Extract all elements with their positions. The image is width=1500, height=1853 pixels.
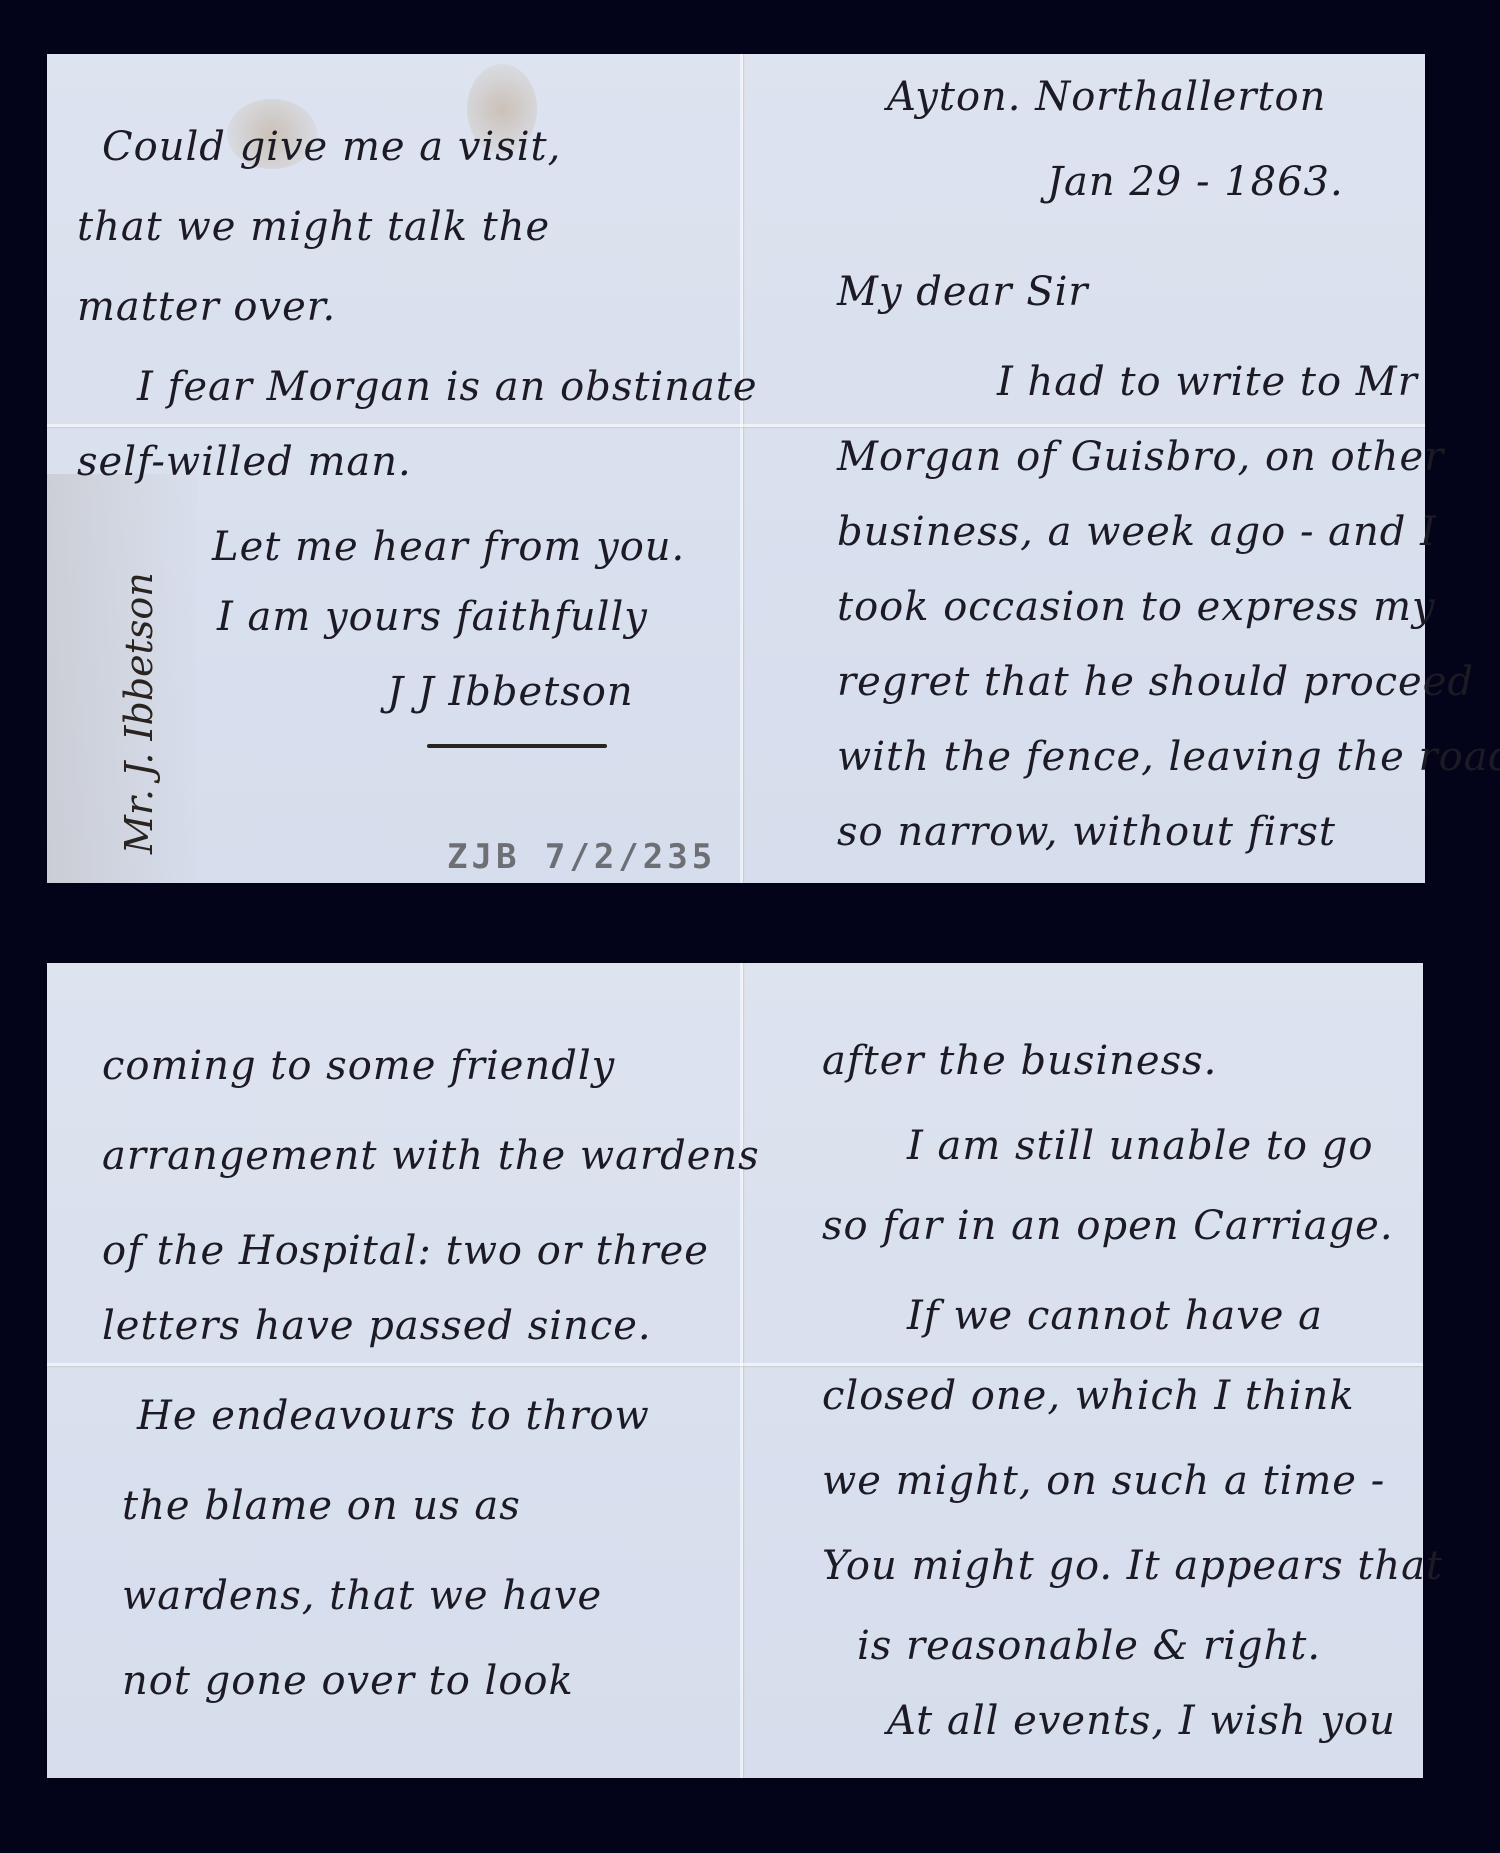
fold-crease-horizontal xyxy=(47,424,1425,427)
handwritten-line: If we cannot have a xyxy=(907,1293,1323,1339)
handwritten-line: that we might talk the xyxy=(77,204,550,250)
handwritten-line: so far in an open Carriage. xyxy=(822,1203,1394,1249)
handwritten-line: regret that he should proceed xyxy=(837,659,1474,705)
marginal-annotation: Mr. J. Ibbetson xyxy=(117,572,161,854)
fold-crease-vertical xyxy=(740,963,743,1778)
letter-address: Ayton. Northallerton xyxy=(887,74,1326,120)
archive-reference-stamp: ZJB 7/2/235 xyxy=(447,837,716,877)
handwritten-line: not gone over to look xyxy=(122,1658,574,1704)
signature: J J Ibbetson xyxy=(387,669,634,715)
letter-date: Jan 29 - 1863. xyxy=(1047,159,1344,205)
handwritten-line: I had to write to Mr xyxy=(997,359,1418,405)
handwritten-line: we might, on such a time - xyxy=(822,1458,1385,1504)
handwritten-line: with the fence, leaving the road xyxy=(837,734,1500,780)
handwritten-line: is reasonable & right. xyxy=(857,1623,1321,1669)
handwritten-line: I am still unable to go xyxy=(907,1123,1373,1169)
handwritten-line: wardens, that we have xyxy=(122,1573,602,1619)
handwritten-line: Could give me a visit, xyxy=(102,124,561,170)
letter-sheet-top: Could give me a visit, that we might tal… xyxy=(47,54,1425,883)
handwritten-line: Morgan of Guisbro, on other xyxy=(837,434,1444,480)
signature-underline xyxy=(427,744,607,748)
handwritten-line: Let me hear from you. xyxy=(212,524,685,570)
handwritten-line: arrangement with the wardens xyxy=(102,1133,760,1179)
handwritten-line: coming to some friendly xyxy=(102,1043,615,1089)
handwritten-line: matter over. xyxy=(77,284,336,330)
handwritten-line: after the business. xyxy=(822,1038,1217,1084)
handwritten-line: of the Hospital: two or three xyxy=(102,1228,709,1274)
handwritten-line: business, a week ago - and I xyxy=(837,509,1437,555)
handwritten-line: self-willed man. xyxy=(77,439,412,485)
handwritten-line: took occasion to express my xyxy=(837,584,1436,630)
fold-crease-horizontal xyxy=(47,1363,1423,1366)
handwritten-line: I fear Morgan is an obstinate xyxy=(137,364,758,410)
handwritten-line: so narrow, without first xyxy=(837,809,1336,855)
handwritten-line: the blame on us as xyxy=(122,1483,521,1529)
letter-salutation: My dear Sir xyxy=(837,269,1089,315)
fold-crease-vertical xyxy=(740,54,743,883)
handwritten-line: closed one, which I think xyxy=(822,1373,1355,1419)
letter-sheet-bottom: coming to some friendly arrangement with… xyxy=(47,963,1423,1778)
handwritten-line: You might go. It appears that xyxy=(822,1543,1443,1589)
handwritten-line: He endeavours to throw xyxy=(137,1393,650,1439)
handwritten-line: I am yours faithfully xyxy=(217,594,648,640)
handwritten-line: letters have passed since. xyxy=(102,1303,652,1349)
handwritten-line: At all events, I wish you xyxy=(887,1698,1396,1744)
